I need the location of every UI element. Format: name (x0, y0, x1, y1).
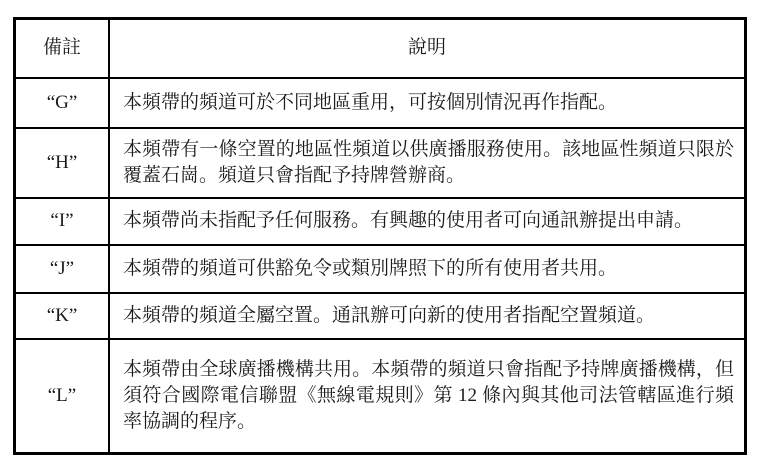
remark-cell: “L” (15, 339, 110, 454)
description-cell: 本頻帶的頻道可於不同地區重用，可按個別情況再作指配。 (109, 78, 746, 128)
table-row: “L”本頻帶由全球廣播機構共用。本頻帶的頻道只會指配予持牌廣播機構，但須符合國際… (15, 339, 746, 454)
table-row: “K”本頻帶的頻道全屬空置。通訊辦可向新的使用者指配空置頻道。 (15, 293, 746, 339)
remark-cell: “K” (15, 293, 110, 339)
description-cell: 本頻帶尚未指配予任何服務。有興趣的使用者可向通訊辦提出申請。 (109, 198, 746, 245)
description-cell: 本頻帶的頻道可供豁免令或類別牌照下的所有使用者共用。 (109, 245, 746, 293)
header-remark: 備註 (15, 19, 110, 78)
table-body: “G”本頻帶的頻道可於不同地區重用，可按個別情況再作指配。“H”本頻帶有一條空置… (15, 78, 746, 454)
remark-cell: “H” (15, 128, 110, 198)
description-cell: 本頻帶有一條空置的地區性頻道以供廣播服務使用。該地區性頻道只限於覆蓋石崗。頻道只… (109, 128, 746, 198)
table-row: “G”本頻帶的頻道可於不同地區重用，可按個別情況再作指配。 (15, 78, 746, 128)
description-cell: 本頻帶由全球廣播機構共用。本頻帶的頻道只會指配予持牌廣播機構，但須符合國際電信聯… (109, 339, 746, 454)
remark-cell: “I” (15, 198, 110, 245)
header-description: 說明 (109, 19, 746, 78)
remark-cell: “G” (15, 78, 110, 128)
description-cell: 本頻帶的頻道全屬空置。通訊辦可向新的使用者指配空置頻道。 (109, 293, 746, 339)
remark-cell: “J” (15, 245, 110, 293)
table-row: “J”本頻帶的頻道可供豁免令或類別牌照下的所有使用者共用。 (15, 245, 746, 293)
table-row: “I”本頻帶尚未指配予任何服務。有興趣的使用者可向通訊辦提出申請。 (15, 198, 746, 245)
document-page: 備註 說明 “G”本頻帶的頻道可於不同地區重用，可按個別情況再作指配。“H”本頻… (0, 0, 757, 463)
header-row: 備註 說明 (15, 19, 746, 78)
table-row: “H”本頻帶有一條空置的地區性頻道以供廣播服務使用。該地區性頻道只限於覆蓋石崗。… (15, 128, 746, 198)
table-header: 備註 說明 (15, 19, 746, 78)
remarks-table: 備註 說明 “G”本頻帶的頻道可於不同地區重用，可按個別情況再作指配。“H”本頻… (13, 17, 747, 455)
